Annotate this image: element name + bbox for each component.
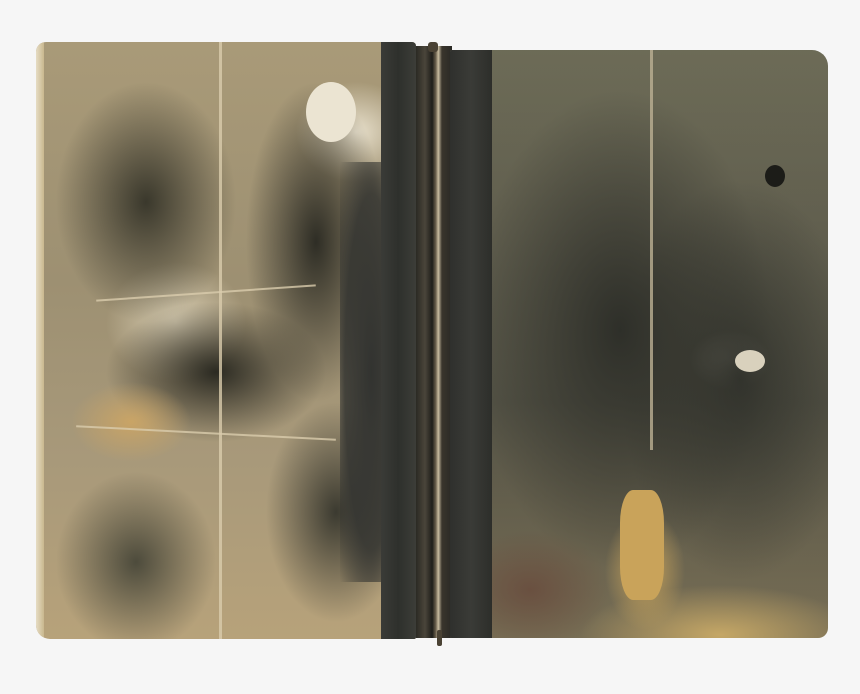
- crack-line: [96, 284, 316, 301]
- binding-thread: [437, 630, 442, 646]
- left-cover-board: [36, 42, 416, 639]
- binding-thread: [428, 42, 438, 52]
- book-spine: [416, 46, 452, 638]
- dark-spot: [765, 165, 785, 187]
- worn-patch: [306, 82, 356, 142]
- crack-line: [650, 50, 653, 450]
- ochre-patch: [620, 490, 664, 600]
- crack-line: [219, 42, 222, 639]
- right-cover-board: [450, 50, 828, 638]
- left-spine-cloth: [381, 42, 416, 639]
- book-photo: [0, 0, 860, 694]
- crack-line: [76, 425, 336, 441]
- right-spine-cloth: [450, 50, 492, 638]
- dark-stain: [340, 162, 385, 582]
- worn-patch: [735, 350, 765, 372]
